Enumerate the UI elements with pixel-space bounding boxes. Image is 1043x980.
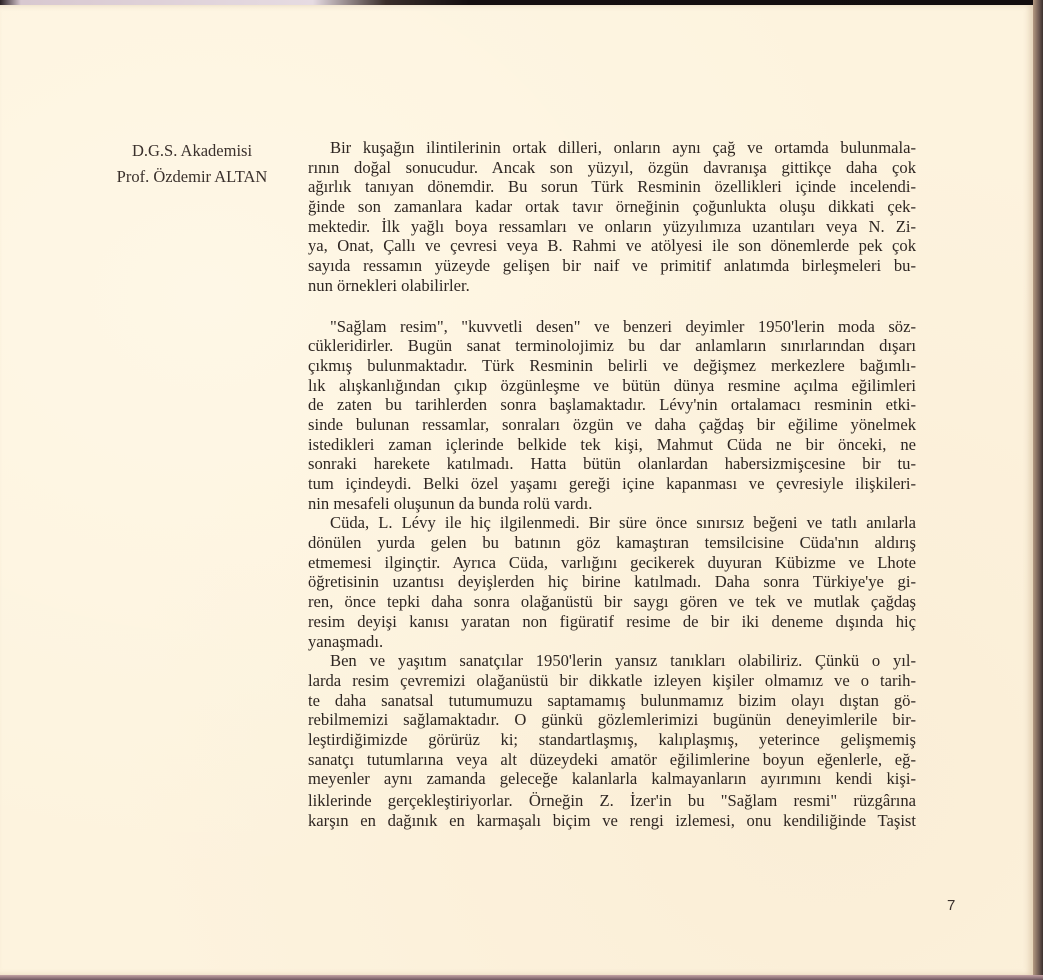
text-line: sayıda ressamın yüzeyde gelişen bir naif… (308, 256, 916, 276)
text-line: liklerinde gerçekleştiriyorlar. Örneğin … (308, 791, 916, 811)
text-line: te daha sanatsal tutumumuzu saptamamış b… (308, 691, 916, 711)
article-body: Bir kuşağın ilintilerinin ortak dilleri,… (308, 138, 916, 830)
scan-right-edge (1033, 0, 1043, 980)
author-institution: D.G.S. Akademisi (96, 138, 288, 164)
paragraph-4: Ben ve yaşıtım sanatçılar 1950'lerin yan… (308, 651, 916, 830)
paragraph-2: "Sağlam resim", "kuvvetli desen" ve benz… (308, 317, 916, 514)
text-line: sinde bulunan ressamlar, sonraları özgün… (308, 415, 916, 435)
text-line: etmemesi ilginçtir. Ayrıca Cüda, varlığı… (308, 553, 916, 573)
text-line: larda resim çevremizi olağanüstü bir dik… (308, 671, 916, 691)
paragraph-3: Cüda, L. Lévy ile hiç ilgilenmedi. Bir s… (308, 513, 916, 651)
scan-bottom-edge (0, 975, 1043, 980)
text-line: karşın en dağınık en karmaşalı biçim ve … (308, 811, 916, 831)
text-line: ya, Onat, Çallı ve çevresi veya B. Rahmi… (308, 236, 916, 256)
paragraph-1: Bir kuşağın ilintilerinin ortak dilleri,… (308, 138, 916, 296)
author-name: Prof. Özdemir ALTAN (96, 164, 288, 190)
text-line: yanaşmadı. (308, 632, 916, 652)
text-line: tum içindeydi. Belki özel yaşamı gereği … (308, 474, 916, 494)
text-line: sonraki harekete katılmadı. Hatta bütün … (308, 454, 916, 474)
text-line: Ben ve yaşıtım sanatçılar 1950'lerin yan… (308, 651, 916, 671)
text-line: leştirdiğimizde görürüz ki; standartlaşm… (308, 730, 916, 750)
text-line: meyenler aynı zamanda geleceğe kalanlarl… (308, 769, 916, 789)
text-line: de zaten bu tarihlerden sonra başlamakta… (308, 395, 916, 415)
text-line: dönülen yurda gelen bu batının göz kamaş… (308, 533, 916, 553)
text-line: ren, önce tepki daha sonra olağanüstü bi… (308, 592, 916, 612)
page-number: 7 (947, 897, 955, 914)
text-line: mektedir. İlk yağlı boya ressamları ve o… (308, 217, 916, 237)
author-block: D.G.S. Akademisi Prof. Özdemir ALTAN (96, 138, 288, 190)
text-line: resim deyişi kanısı yaratan non figürati… (308, 612, 916, 632)
text-line: rının doğal sonucudur. Ancak son yüzyıl,… (308, 158, 916, 178)
text-line: cükleridirler. Bugün sanat terminolojimi… (308, 336, 916, 356)
text-line: öğretisinin uzantısı deyişlerden hiç bir… (308, 572, 916, 592)
text-line: lık alışkanlığından çıkıp özgünleşme ve … (308, 376, 916, 396)
text-line: nin mesafeli oluşunun da bunda rolü vard… (308, 494, 916, 514)
text-line: rebilmemizi sağlamaktadır. O günkü gözle… (308, 710, 916, 730)
book-page: D.G.S. Akademisi Prof. Özdemir ALTAN Bir… (0, 5, 1035, 975)
text-line: nun örnekleri olabilirler. (308, 276, 916, 296)
text-line: Cüda, L. Lévy ile hiç ilgilenmedi. Bir s… (308, 513, 916, 533)
text-line: ağırlık tanıyan dönemdir. Bu sorun Türk … (308, 177, 916, 197)
text-line: sanatçı tutumlarına veya alt düzeydeki a… (308, 750, 916, 770)
text-line: Bir kuşağın ilintilerinin ortak dilleri,… (308, 138, 916, 158)
text-line: çıkmış bulunmaktadır. Türk Resminin beli… (308, 356, 916, 376)
text-line: istedikleri zaman içlerinde belkide tek … (308, 435, 916, 455)
text-line: "Sağlam resim", "kuvvetli desen" ve benz… (308, 317, 916, 337)
text-line: ğinde son zamanlara kadar ortak tavır ör… (308, 197, 916, 217)
